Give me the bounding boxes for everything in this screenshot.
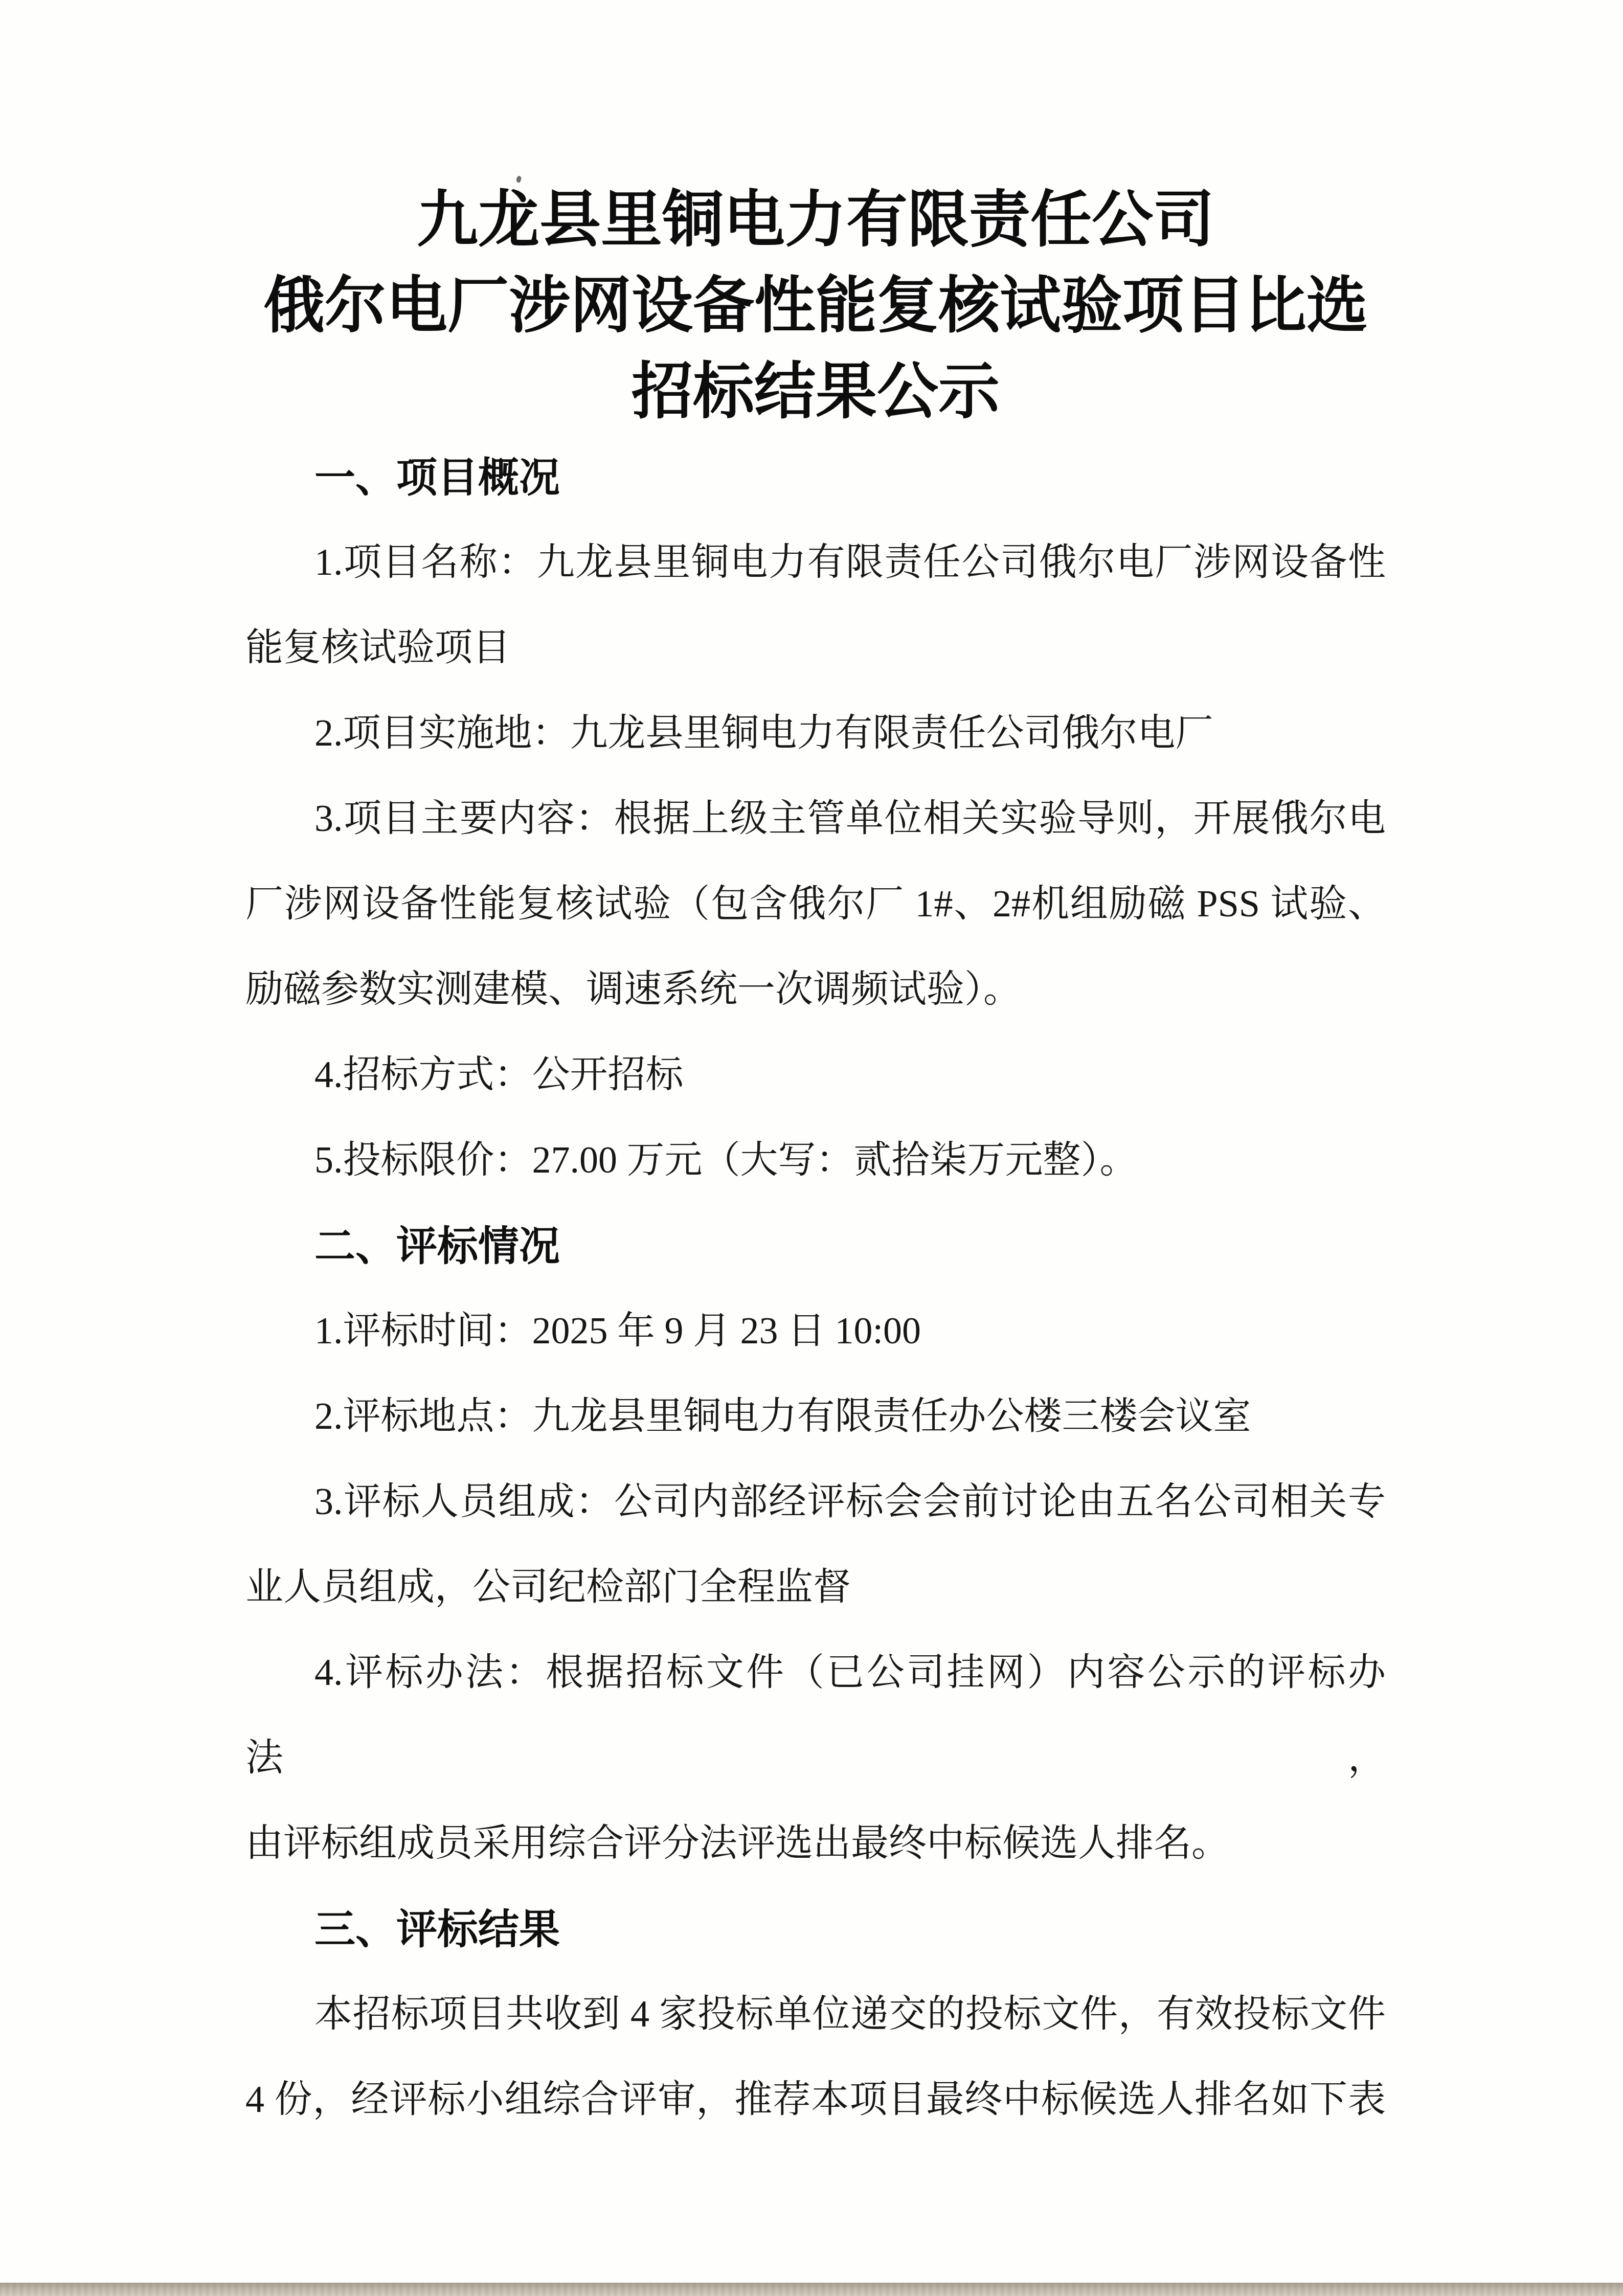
project-name-line-1: 1.项目名称：九龙县里铜电力有限责任公司俄尔电厂涉网设备性 — [245, 520, 1386, 605]
project-name-line-2: 能复核试验项目 — [245, 605, 1386, 691]
document-content: 九龙县里铜电力有限责任公司 俄尔电厂涉网设备性能复核试验项目比选 招标结果公示 … — [245, 177, 1386, 2143]
bidding-method-line: 4.招标方式：公开招标 — [245, 1032, 1386, 1118]
section-3-heading: 三、评标结果 — [245, 1886, 1386, 1972]
project-content-line-2: 厂涉网设备性能复核试验（包含俄尔厂 1#、2#机组励磁 PSS 试验、 — [245, 862, 1386, 947]
section-1-heading: 一、项目概况 — [245, 435, 1386, 520]
project-content-line-1: 3.项目主要内容：根据上级主管单位相关实验导则，开展俄尔电 — [245, 776, 1386, 862]
evaluation-rule-line-1: 4.评标办法：根据招标文件（已公司挂网）内容公示的评标办法， — [245, 1630, 1386, 1801]
evaluation-result-line-2: 4 份，经评标小组综合评审，推荐本项目最终中标候选人排名如下表 — [245, 2057, 1386, 2143]
title-line-2: 俄尔电厂涉网设备性能复核试验项目比选 — [245, 263, 1386, 349]
project-location-line: 2.项目实施地：九龙县里铜电力有限责任公司俄尔电厂 — [245, 691, 1386, 776]
section-2-heading: 二、评标情况 — [245, 1203, 1386, 1289]
document-title: 九龙县里铜电力有限责任公司 俄尔电厂涉网设备性能复核试验项目比选 招标结果公示 — [245, 177, 1386, 435]
evaluation-rule-line-2: 由评标组成员采用综合评分法评选出最终中标候选人排名。 — [245, 1801, 1386, 1886]
price-limit-line: 5.投标限价：27.00 万元（大写：贰拾柒万元整）。 — [245, 1118, 1386, 1203]
scanned-document-page: 九龙县里铜电力有限责任公司 俄尔电厂涉网设备性能复核试验项目比选 招标结果公示 … — [0, 0, 1623, 2296]
evaluation-place-line: 2.评标地点：九龙县里铜电力有限责任办公楼三楼会议室 — [245, 1374, 1386, 1459]
evaluation-time-line: 1.评标时间：2025 年 9 月 23 日 10:00 — [245, 1289, 1386, 1374]
evaluation-panel-line-1: 3.评标人员组成：公司内部经评标会会前讨论由五名公司相关专 — [245, 1459, 1386, 1545]
evaluation-panel-line-2: 业人员组成，公司纪检部门全程监督 — [245, 1545, 1386, 1630]
title-line-1: 九龙县里铜电力有限责任公司 — [245, 177, 1386, 263]
project-content-line-3: 励磁参数实测建模、调速系统一次调频试验）。 — [245, 947, 1386, 1032]
title-line-3: 招标结果公示 — [245, 349, 1386, 435]
evaluation-result-line-1: 本招标项目共收到 4 家投标单位递交的投标文件，有效投标文件 — [245, 1972, 1386, 2057]
scanner-edge-band — [0, 2283, 1623, 2296]
document-body: 一、项目概况 1.项目名称：九龙县里铜电力有限责任公司俄尔电厂涉网设备性 能复核… — [245, 435, 1386, 2143]
